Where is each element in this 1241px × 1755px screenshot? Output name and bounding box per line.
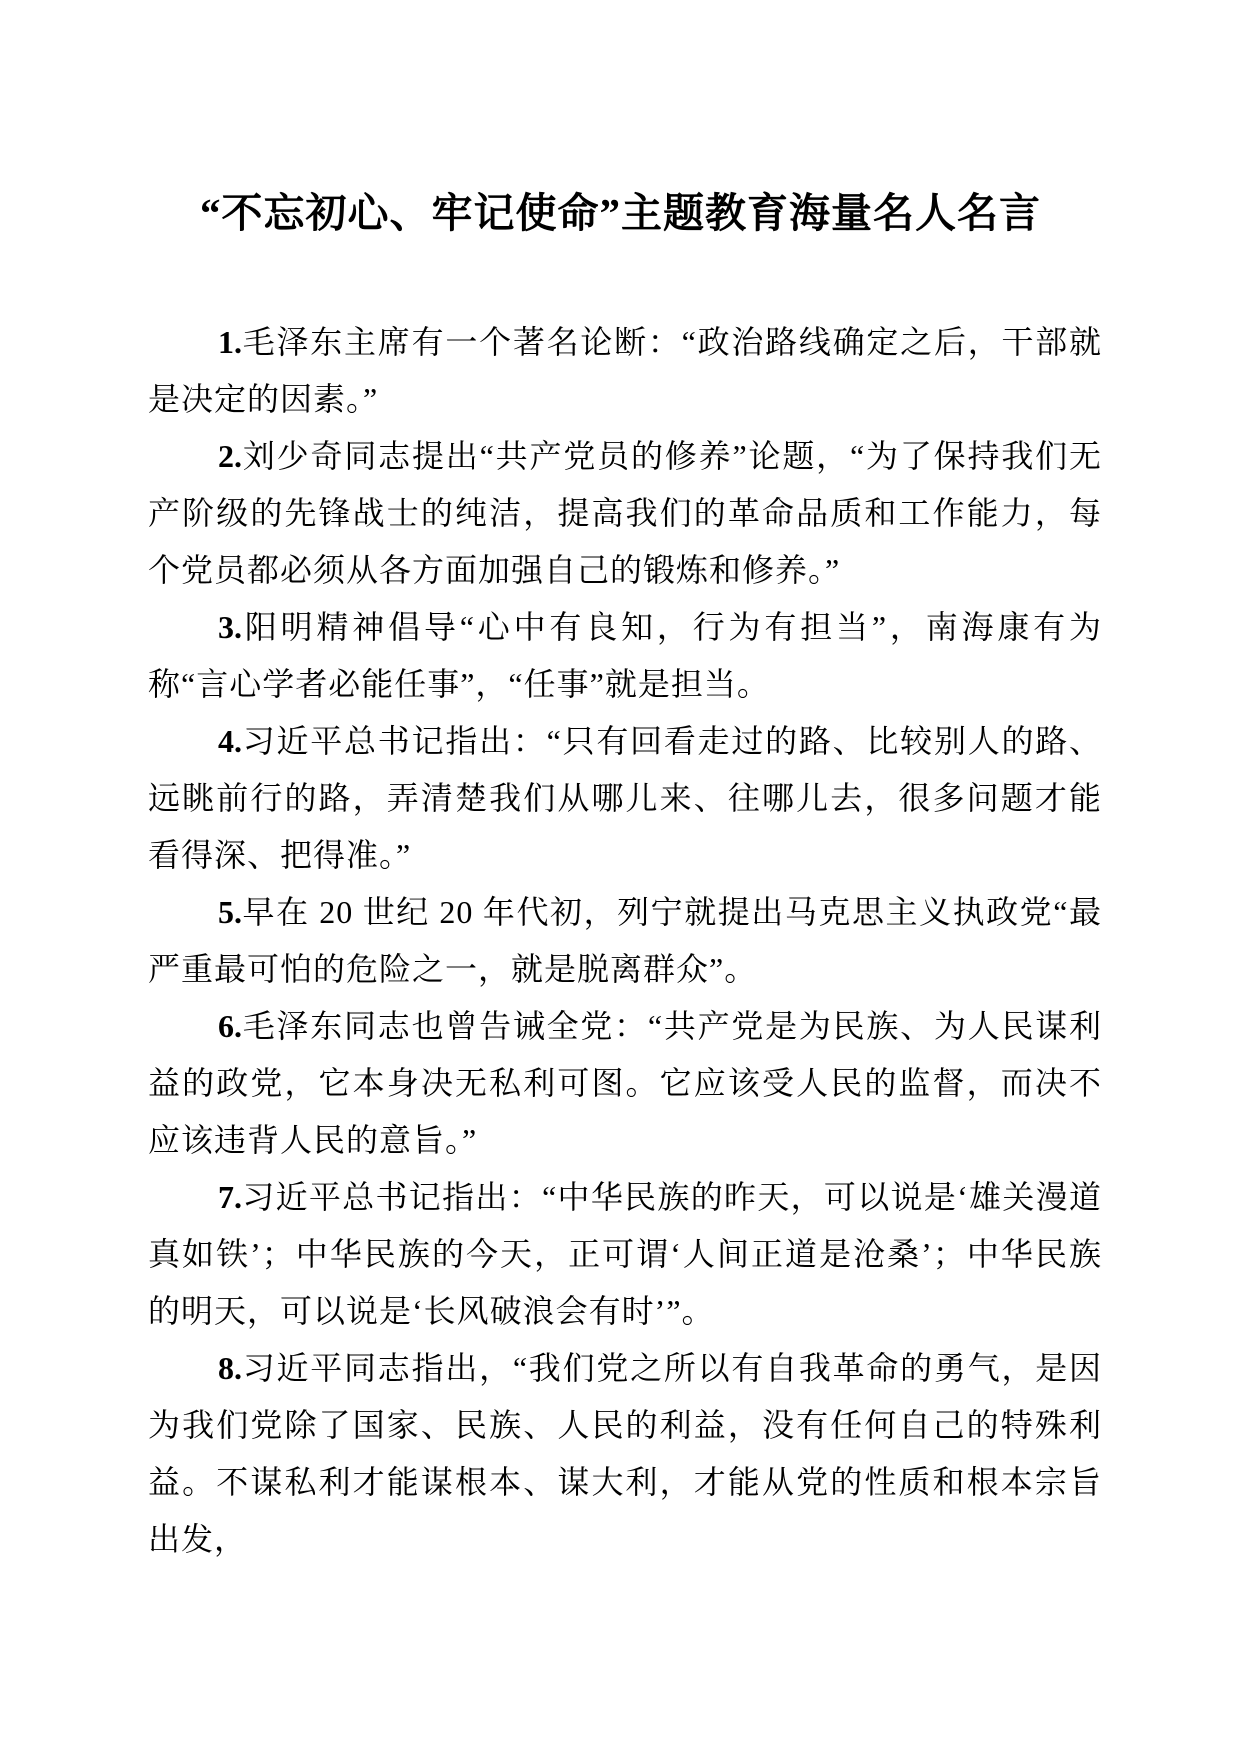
quote-paragraph-5: 5.早在 20 世纪 20 年代初，列宁就提出马克思主义执政党“最严重最可怕的危… [148,884,1102,998]
quote-paragraph-8: 8.习近平同志指出，“我们党之所以有自我革命的勇气，是因为我们党除了国家、民族、… [148,1340,1102,1568]
quote-number: 7. [218,1179,242,1215]
quote-paragraph-6: 6.毛泽东同志也曾告诫全党：“共产党是为民族、为人民谋利益的政党，它本身决无私利… [148,998,1102,1169]
quote-number: 8. [218,1350,242,1386]
document-body: 1.毛泽东主席有一个著名论断：“政治路线确定之后，干部就是决定的因素。” 2.刘… [148,314,1102,1568]
quote-number: 1. [218,324,242,360]
quote-text: 习近平同志指出，“我们党之所以有自我革命的勇气，是因为我们党除了国家、民族、人民… [148,1350,1102,1557]
quote-text: 刘少奇同志提出“共产党员的修养”论题，“为了保持我们无产阶级的先锋战士的纯洁，提… [148,438,1102,588]
quote-text: 阳明精神倡导“心中有良知，行为有担当”，南海康有为称“言心学者必能任事”，“任事… [148,609,1102,702]
quote-text: 毛泽东主席有一个著名论断：“政治路线确定之后，干部就是决定的因素。” [148,324,1102,417]
quote-paragraph-7: 7.习近平总书记指出：“中华民族的昨天，可以说是‘雄关漫道真如铁’；中华民族的今… [148,1169,1102,1340]
quote-paragraph-1: 1.毛泽东主席有一个著名论断：“政治路线确定之后，干部就是决定的因素。” [148,314,1102,428]
quote-number: 4. [218,723,242,759]
quote-text: 毛泽东同志也曾告诫全党：“共产党是为民族、为人民谋利益的政党，它本身决无私利可图… [148,1008,1102,1158]
document-title: “不忘初心、牢记使命”主题教育海量名人名言 [0,189,1241,237]
quote-number: 5. [218,894,242,930]
quote-number: 3. [218,609,242,645]
quote-text: 早在 20 世纪 20 年代初，列宁就提出马克思主义执政党“最严重最可怕的危险之… [148,894,1102,987]
quote-paragraph-4: 4.习近平总书记指出：“只有回看走过的路、比较别人的路、远眺前行的路，弄清楚我们… [148,713,1102,884]
quote-paragraph-3: 3.阳明精神倡导“心中有良知，行为有担当”，南海康有为称“言心学者必能任事”，“… [148,599,1102,713]
quote-text: 习近平总书记指出：“中华民族的昨天，可以说是‘雄关漫道真如铁’；中华民族的今天，… [148,1179,1102,1329]
document-page: “不忘初心、牢记使命”主题教育海量名人名言 1.毛泽东主席有一个著名论断：“政治… [0,0,1241,1755]
quote-number: 6. [218,1008,242,1044]
quote-text: 习近平总书记指出：“只有回看走过的路、比较别人的路、远眺前行的路，弄清楚我们从哪… [148,723,1102,873]
quote-paragraph-2: 2.刘少奇同志提出“共产党员的修养”论题，“为了保持我们无产阶级的先锋战士的纯洁… [148,428,1102,599]
quote-number: 2. [218,438,242,474]
